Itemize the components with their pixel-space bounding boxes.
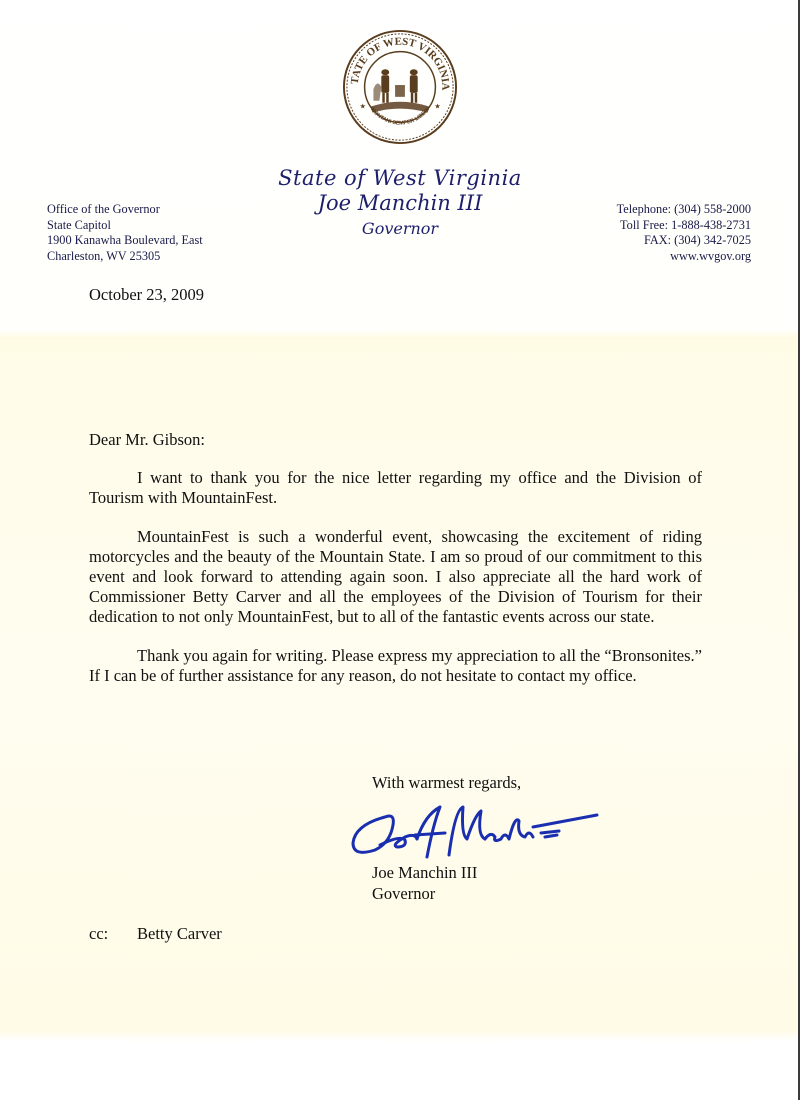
salutation: Dear Mr. Gibson:: [89, 430, 702, 450]
letter-date: October 23, 2009: [89, 285, 204, 305]
closing: With warmest regards,: [372, 773, 521, 793]
svg-text:★: ★: [434, 103, 440, 111]
address-line: State Capitol: [47, 218, 203, 234]
address-line: Charleston, WV 25305: [47, 249, 203, 265]
letter-page: STATE OF WEST VIRGINIA MONTANI SEMPER LI…: [0, 0, 800, 1100]
signer-block: Joe Manchin III Governor: [372, 862, 477, 904]
cc-recipient: Betty Carver: [137, 924, 222, 943]
address-line: Office of the Governor: [47, 202, 203, 218]
website: www.wvgov.org: [617, 249, 751, 265]
paragraph: Thank you again for writing. Please expr…: [89, 646, 702, 686]
office-address: Office of the Governor State Capitol 190…: [47, 202, 203, 264]
svg-text:★: ★: [360, 103, 366, 111]
letterhead-governor-name: Joe Manchin III: [250, 191, 550, 216]
letterhead-state: State of West Virginia: [250, 166, 550, 191]
office-contact: Telephone: (304) 558-2000 Toll Free: 1-8…: [617, 202, 751, 264]
toll-free: Toll Free: 1-888-438-2731: [617, 218, 751, 234]
address-line: 1900 Kanawha Boulevard, East: [47, 233, 203, 249]
letterhead-governor-title: Governor: [250, 216, 550, 241]
paragraph: I want to thank you for the nice letter …: [89, 468, 702, 508]
cc-line: cc:Betty Carver: [89, 924, 222, 944]
letter-body: Dear Mr. Gibson: I want to thank you for…: [89, 430, 702, 706]
fax: FAX: (304) 342-7025: [617, 233, 751, 249]
telephone: Telephone: (304) 558-2000: [617, 202, 751, 218]
signer-name: Joe Manchin III: [372, 862, 477, 883]
state-seal-icon: STATE OF WEST VIRGINIA MONTANI SEMPER LI…: [341, 28, 459, 146]
paragraph: MountainFest is such a wonderful event, …: [89, 527, 702, 626]
letterhead-title-block: State of West Virginia Joe Manchin III G…: [250, 166, 550, 241]
signer-title: Governor: [372, 883, 477, 904]
cc-label: cc:: [89, 924, 137, 944]
